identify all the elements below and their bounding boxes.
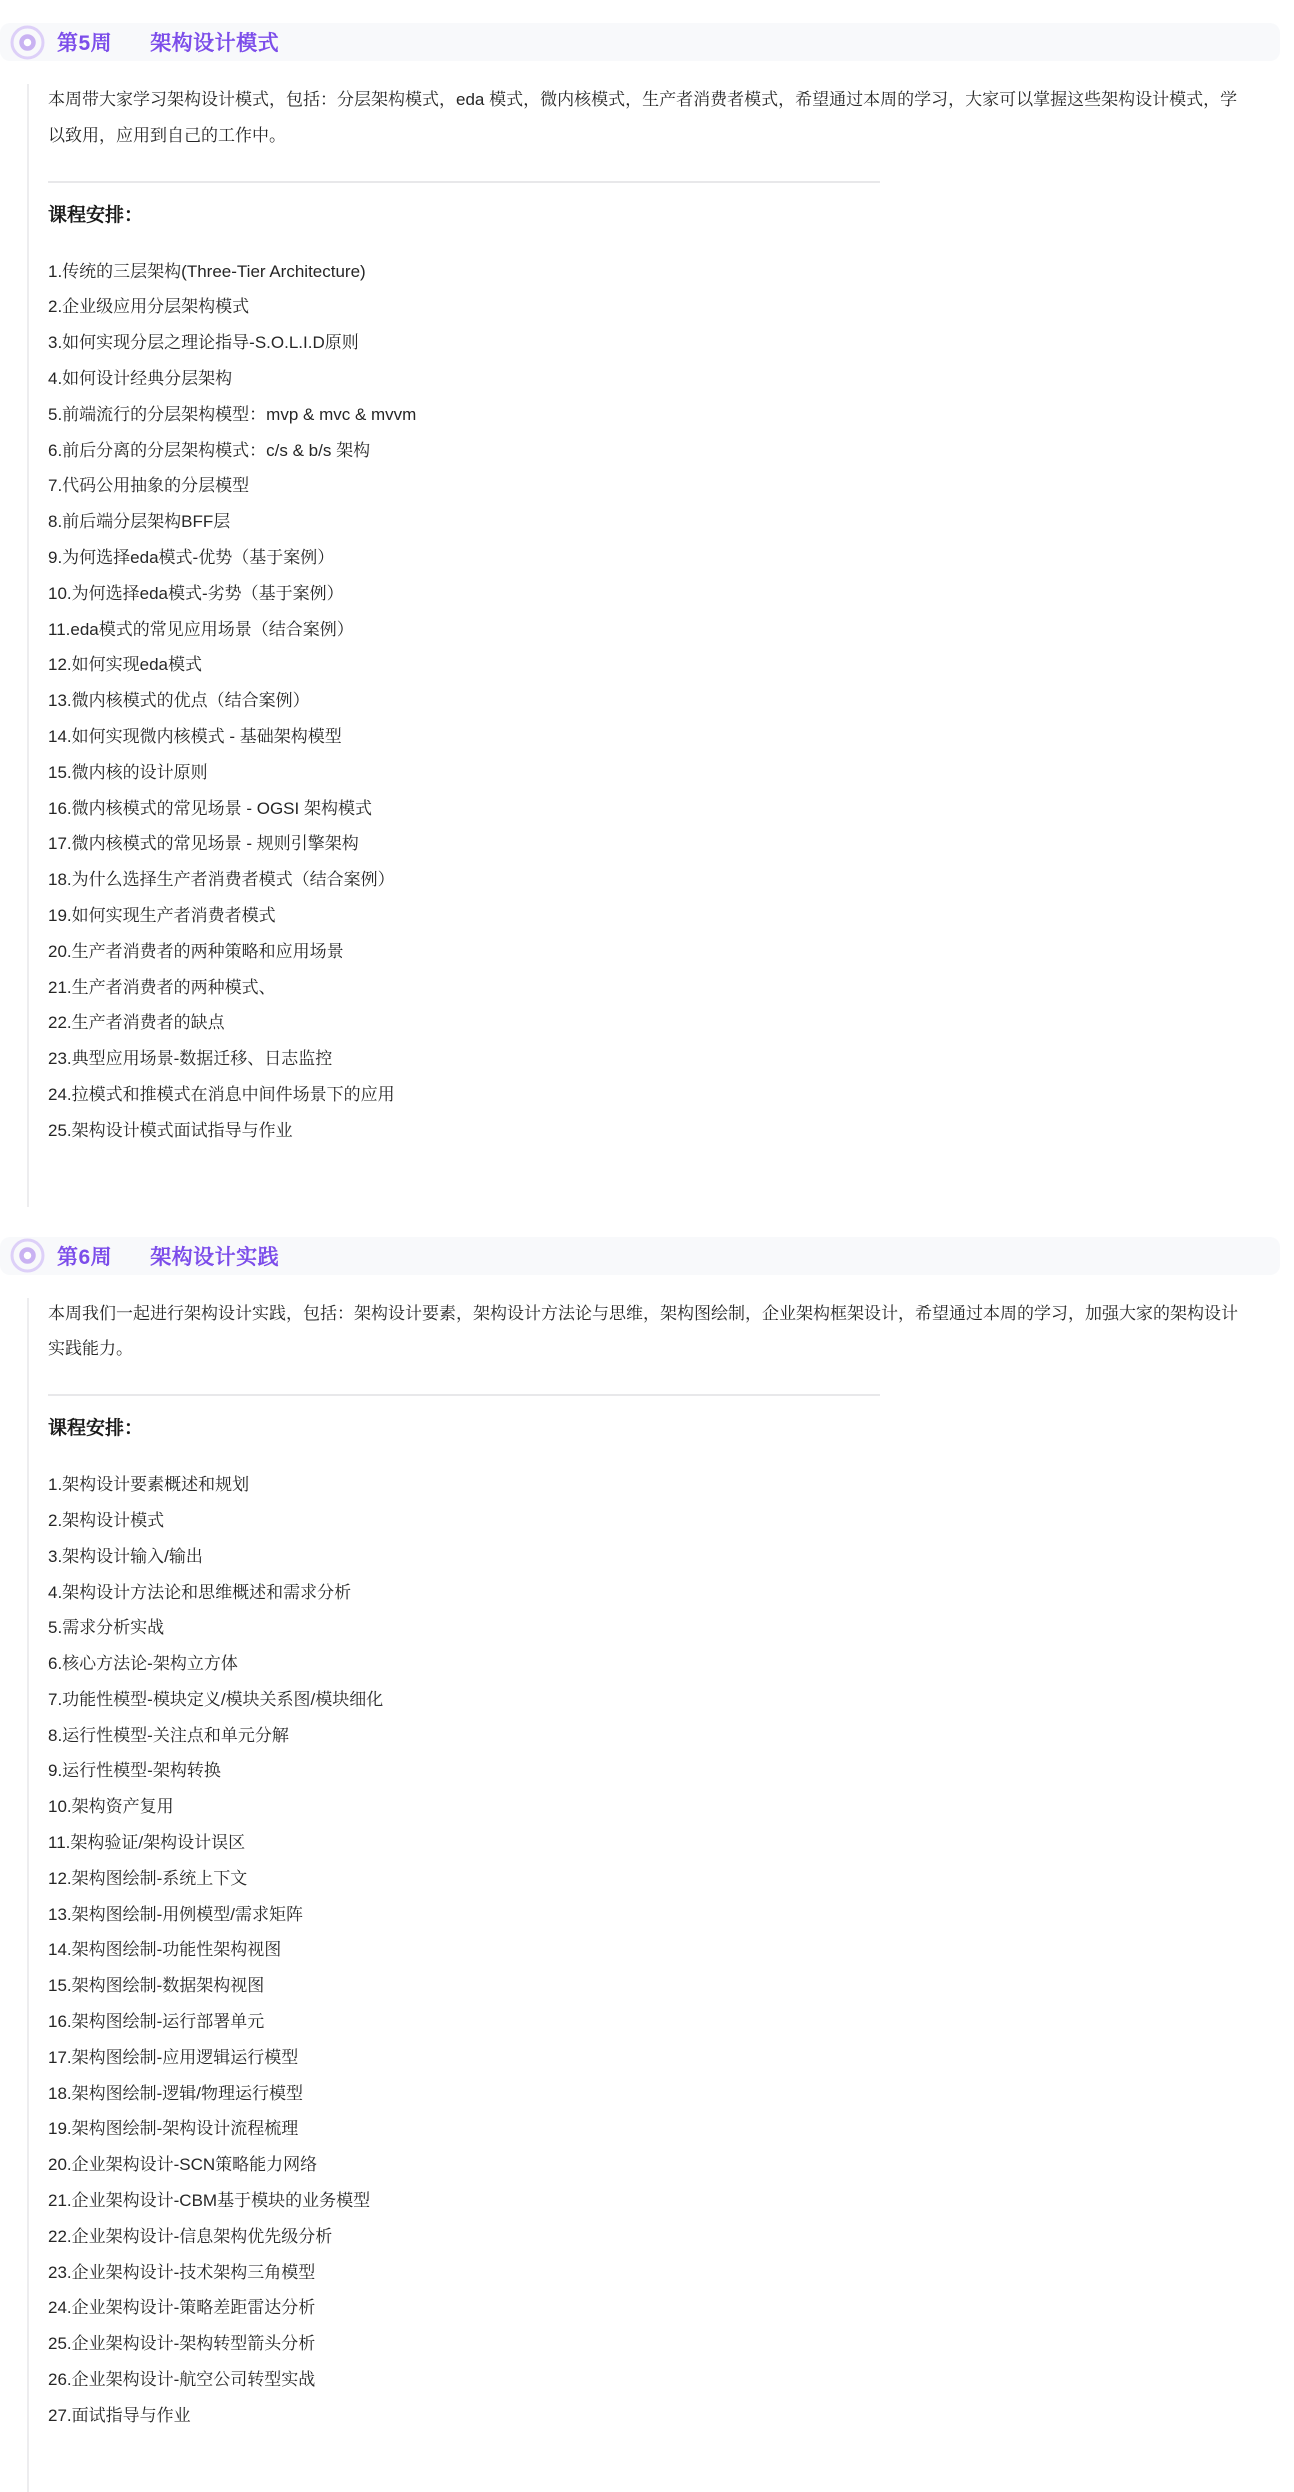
lesson-item: 7.功能性模型-模块定义/模块关系图/模块细化 bbox=[48, 1682, 1248, 1718]
lesson-item: 15.架构图绘制-数据架构视图 bbox=[48, 1968, 1248, 2004]
lesson-item: 3.如何实现分层之理论指导-S.O.L.I.D原则 bbox=[48, 325, 1248, 361]
divider bbox=[48, 1394, 880, 1396]
divider bbox=[48, 181, 880, 183]
lesson-item: 4.如何设计经典分层架构 bbox=[48, 361, 1248, 397]
course-syllabus-page: 第5周架构设计模式 本周带大家学习架构设计模式，包括：分层架构模式，eda 模式… bbox=[0, 0, 1294, 2492]
week-label: 第5周 bbox=[57, 32, 112, 55]
lesson-item: 21.生产者消费者的两种模式、 bbox=[48, 970, 1248, 1006]
lesson-item: 7.代码公用抽象的分层模型 bbox=[48, 468, 1248, 504]
lesson-item: 10.架构资产复用 bbox=[48, 1789, 1248, 1825]
lesson-item: 20.企业架构设计-SCN策略能力网络 bbox=[48, 2147, 1248, 2183]
lesson-item: 18.为什么选择生产者消费者模式（结合案例） bbox=[48, 862, 1248, 898]
lesson-item: 9.运行性模型-架构转换 bbox=[48, 1753, 1248, 1789]
lesson-item: 13.架构图绘制-用例模型/需求矩阵 bbox=[48, 1897, 1248, 1933]
lesson-item: 14.架构图绘制-功能性架构视图 bbox=[48, 1932, 1248, 1968]
lesson-item: 27.面试指导与作业 bbox=[48, 2398, 1248, 2434]
lesson-item: 23.企业架构设计-技术架构三角模型 bbox=[48, 2255, 1248, 2291]
lesson-item: 22.生产者消费者的缺点 bbox=[48, 1005, 1248, 1041]
lesson-item: 11.架构验证/架构设计误区 bbox=[48, 1825, 1248, 1861]
lesson-item: 6.前后分离的分层架构模式：c/s & b/s 架构 bbox=[48, 433, 1248, 469]
lesson-item: 26.企业架构设计-航空公司转型实战 bbox=[48, 2362, 1248, 2398]
lesson-item: 15.微内核的设计原则 bbox=[48, 755, 1248, 791]
intro-paragraph: 本周带大家学习架构设计模式，包括：分层架构模式，eda 模式，微内核模式，生产者… bbox=[48, 82, 1248, 154]
timeline-line bbox=[27, 1298, 29, 2492]
section-body: 本周我们一起进行架构设计实践，包括：架构设计要素，架构设计方法论与思维，架构图绘… bbox=[0, 1296, 1294, 2492]
lesson-item: 22.企业架构设计-信息架构优先级分析 bbox=[48, 2219, 1248, 2255]
timeline-line bbox=[27, 84, 29, 1207]
lesson-item: 16.架构图绘制-运行部署单元 bbox=[48, 2004, 1248, 2040]
section-title-text: 架构设计模式 bbox=[150, 32, 279, 55]
section-week6: 第6周架构设计实践 本周我们一起进行架构设计实践，包括：架构设计要素，架构设计方… bbox=[0, 1237, 1294, 2492]
schedule-heading: 课程安排： bbox=[48, 202, 1248, 230]
week-target-icon bbox=[9, 1237, 46, 1274]
section-body: 本周带大家学习架构设计模式，包括：分层架构模式，eda 模式，微内核模式，生产者… bbox=[0, 82, 1294, 1207]
lesson-item: 18.架构图绘制-逻辑/物理运行模型 bbox=[48, 2076, 1248, 2112]
lesson-item: 17.架构图绘制-应用逻辑运行模型 bbox=[48, 2040, 1248, 2076]
lesson-list: 1.架构设计要素概述和规划2.架构设计模式3.架构设计输入/输出4.架构设计方法… bbox=[48, 1467, 1248, 2434]
lesson-item: 12.架构图绘制-系统上下文 bbox=[48, 1861, 1248, 1897]
lesson-list: 1.传统的三层架构(Three-Tier Architecture)2.企业级应… bbox=[48, 254, 1248, 1149]
lesson-item: 12.如何实现eda模式 bbox=[48, 647, 1248, 683]
lesson-item: 13.微内核模式的优点（结合案例） bbox=[48, 683, 1248, 719]
section-header: 第5周架构设计模式 bbox=[0, 23, 1280, 61]
lesson-item: 8.前后端分层架构BFF层 bbox=[48, 504, 1248, 540]
section-week5: 第5周架构设计模式 本周带大家学习架构设计模式，包括：分层架构模式，eda 模式… bbox=[0, 23, 1294, 1207]
lesson-item: 10.为何选择eda模式-劣势（基于案例） bbox=[48, 576, 1248, 612]
lesson-item: 24.拉模式和推模式在消息中间件场景下的应用 bbox=[48, 1077, 1248, 1113]
lesson-item: 20.生产者消费者的两种策略和应用场景 bbox=[48, 934, 1248, 970]
intro-paragraph: 本周我们一起进行架构设计实践，包括：架构设计要素，架构设计方法论与思维，架构图绘… bbox=[48, 1296, 1248, 1368]
lesson-item: 2.架构设计模式 bbox=[48, 1503, 1248, 1539]
lesson-item: 4.架构设计方法论和思维概述和需求分析 bbox=[48, 1575, 1248, 1611]
lesson-item: 19.架构图绘制-架构设计流程梳理 bbox=[48, 2111, 1248, 2147]
lesson-item: 14.如何实现微内核模式 - 基础架构模型 bbox=[48, 719, 1248, 755]
lesson-item: 17.微内核模式的常见场景 - 规则引擎架构 bbox=[48, 826, 1248, 862]
schedule-heading: 课程安排： bbox=[48, 1415, 1248, 1443]
lesson-item: 19.如何实现生产者消费者模式 bbox=[48, 898, 1248, 934]
section-title: 第6周架构设计实践 bbox=[57, 1241, 279, 1271]
lesson-item: 16.微内核模式的常见场景 - OGSI 架构模式 bbox=[48, 791, 1248, 827]
lesson-item: 25.企业架构设计-架构转型箭头分析 bbox=[48, 2326, 1248, 2362]
lesson-item: 1.架构设计要素概述和规划 bbox=[48, 1467, 1248, 1503]
lesson-item: 23.典型应用场景-数据迁移、日志监控 bbox=[48, 1041, 1248, 1077]
lesson-item: 8.运行性模型-关注点和单元分解 bbox=[48, 1718, 1248, 1754]
lesson-item: 6.核心方法论-架构立方体 bbox=[48, 1646, 1248, 1682]
lesson-item: 24.企业架构设计-策略差距雷达分析 bbox=[48, 2290, 1248, 2326]
lesson-item: 2.企业级应用分层架构模式 bbox=[48, 289, 1248, 325]
section-header: 第6周架构设计实践 bbox=[0, 1237, 1280, 1275]
lesson-item: 5.需求分析实战 bbox=[48, 1610, 1248, 1646]
section-title-text: 架构设计实践 bbox=[150, 1246, 279, 1269]
week-label: 第6周 bbox=[57, 1246, 112, 1269]
lesson-item: 9.为何选择eda模式-优势（基于案例） bbox=[48, 540, 1248, 576]
section-title: 第5周架构设计模式 bbox=[57, 27, 279, 57]
lesson-item: 21.企业架构设计-CBM基于模块的业务模型 bbox=[48, 2183, 1248, 2219]
lesson-item: 3.架构设计输入/输出 bbox=[48, 1539, 1248, 1575]
lesson-item: 11.eda模式的常见应用场景（结合案例） bbox=[48, 612, 1248, 648]
lesson-item: 5.前端流行的分层架构模型：mvp & mvc & mvvm bbox=[48, 397, 1248, 433]
lesson-item: 1.传统的三层架构(Three-Tier Architecture) bbox=[48, 254, 1248, 290]
lesson-item: 25.架构设计模式面试指导与作业 bbox=[48, 1113, 1248, 1149]
week-target-icon bbox=[9, 24, 46, 61]
